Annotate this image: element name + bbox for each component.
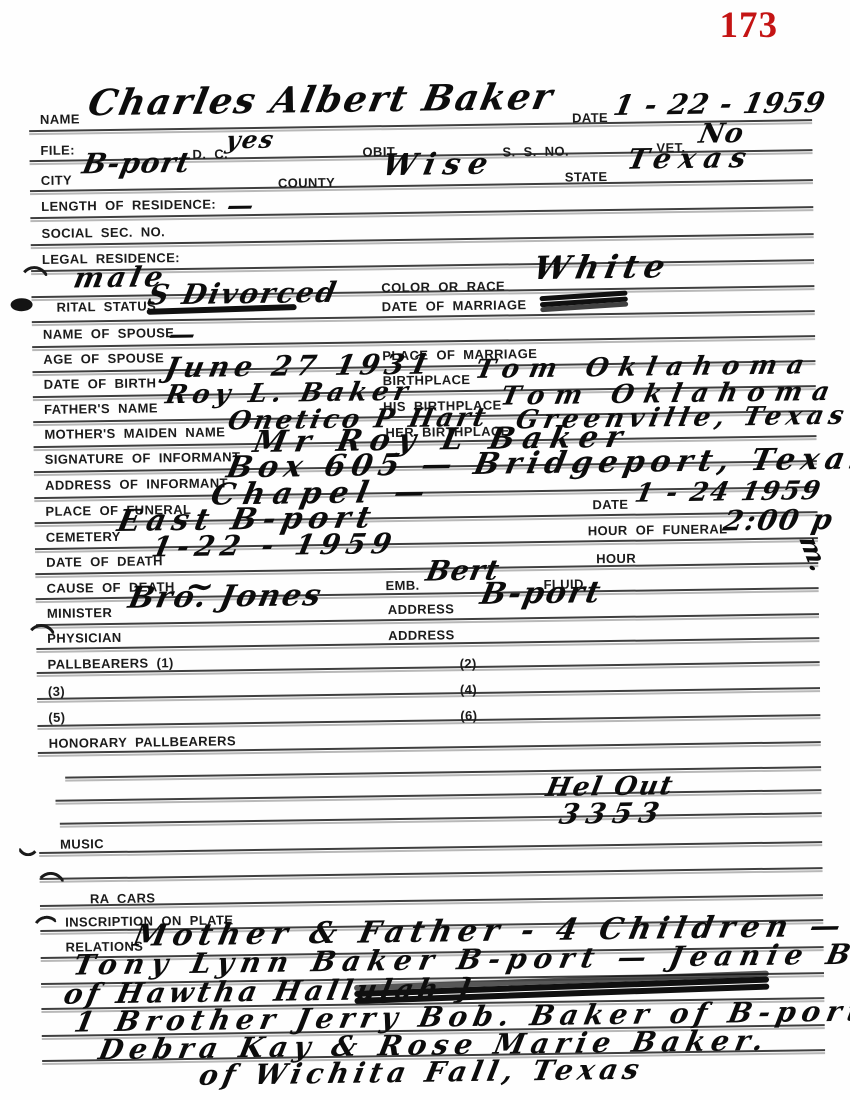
scratched-out-text: [539, 290, 627, 301]
funeral-date-label: DATE: [592, 497, 628, 513]
minister-address-label: ADDRESS: [388, 601, 455, 617]
scan-artifact-arc: [34, 872, 66, 890]
music-label: MUSIC: [60, 836, 104, 852]
pallbearers-1-label: PALLBEARERS (1): [47, 655, 173, 672]
hour-of-funeral-overflow: m.: [794, 535, 833, 573]
city-handwritten-value: B-port: [80, 149, 193, 179]
mothers-maiden-name-label: MOTHER'S MAIDEN NAME: [44, 424, 225, 442]
name-handwritten-value: Charles Albert Baker: [85, 79, 557, 122]
marital-status-label: RITAL STATUS: [57, 298, 157, 314]
funeral-date-handwritten-value: 1 - 24 1959: [633, 478, 825, 507]
color-or-race-label: COLOR OR RACE: [381, 278, 505, 295]
county-label: COUNTY: [278, 175, 336, 191]
scanned-funeral-record-page: 173: [0, 0, 850, 1100]
fathers-name-label: FATHER'S NAME: [44, 400, 158, 417]
pallbearers-5-label: (5): [48, 710, 65, 725]
city-label: CITY: [41, 173, 72, 188]
state-label: STATE: [565, 169, 608, 185]
office-note-number-handwritten: 3353: [557, 799, 668, 829]
minister-handwritten-value: Bro. Jones: [126, 581, 325, 614]
signature-of-informant-label: SIGNATURE OF INFORMANT: [45, 449, 241, 467]
scan-artifact-arc: [16, 842, 40, 856]
name-of-spouse-label: NAME OF SPOUSE: [43, 325, 175, 342]
hour-of-funeral-handwritten-value: 2:00 p: [721, 506, 837, 536]
dc-handwritten-value: yes: [224, 128, 277, 153]
relations-line-6: of Wichita Fall, Texas: [197, 1056, 647, 1090]
date-of-death-handwritten-value: 1-22 - 1959: [149, 530, 400, 562]
date-of-marriage-label: DATE OF MARRIAGE: [382, 297, 527, 314]
length-of-residence-label: LENGTH OF RESIDENCE:: [41, 197, 216, 214]
honorary-pallbearers-label: HONORARY PALLBEARERS: [49, 733, 236, 751]
hour-label: HOUR: [596, 551, 636, 567]
extra-cars-label: RA CARS: [90, 890, 156, 906]
physician-address-label: ADDRESS: [388, 627, 455, 643]
date-of-death-label: DATE OF DEATH: [46, 553, 163, 570]
minister-label: MINISTER: [47, 605, 113, 621]
funeral-record-form: NAME Charles Albert Baker DATE 1 - 22 - …: [0, 0, 850, 1100]
pallbearers-3-label: (3): [48, 684, 65, 699]
ssno-label: S. S. NO.: [502, 144, 569, 160]
address-of-informant-label: ADDRESS OF INFORMANT: [45, 475, 228, 493]
scan-artifact-arc: [18, 266, 50, 284]
form-line: [65, 766, 821, 779]
form-line: [55, 789, 821, 802]
form-line: [37, 687, 820, 700]
pallbearers-2-label: (2): [460, 656, 477, 671]
name-of-spouse-handwritten-value: —: [166, 322, 197, 348]
age-of-spouse-label: AGE OF SPOUSE: [43, 350, 164, 367]
county-handwritten-value: Wise: [380, 150, 498, 182]
name-label: NAME: [40, 111, 80, 127]
pallbearers-6-label: (6): [460, 708, 477, 723]
social-sec-no-label: SOCIAL SEC. NO.: [41, 224, 165, 241]
form-line: [40, 867, 823, 880]
length-of-residence-handwritten-value: —: [225, 193, 256, 219]
hour-of-funeral-label: HOUR OF FUNERAL: [588, 521, 728, 538]
cemetery-label: CEMETERY: [46, 529, 121, 545]
physician-label: PHYSICIAN: [47, 630, 122, 646]
date-handwritten-value: 1 - 22 - 1959: [611, 89, 828, 120]
minister-address-handwritten-value: B-port: [478, 578, 605, 610]
scan-artifact-blob: [10, 298, 32, 311]
form-line: [37, 714, 820, 727]
emb-label: EMB.: [385, 578, 419, 593]
form-line: [40, 894, 823, 907]
state-handwritten-value: Texas: [625, 144, 757, 174]
form-line: [60, 812, 822, 825]
date-of-birth-label: DATE OF BIRTH: [44, 375, 157, 392]
form-line: [39, 841, 822, 854]
date-label: DATE: [572, 110, 608, 126]
pallbearers-4-label: (4): [460, 682, 477, 697]
color-or-race-handwritten-value: White: [531, 250, 674, 284]
file-label: FILE:: [40, 142, 75, 157]
